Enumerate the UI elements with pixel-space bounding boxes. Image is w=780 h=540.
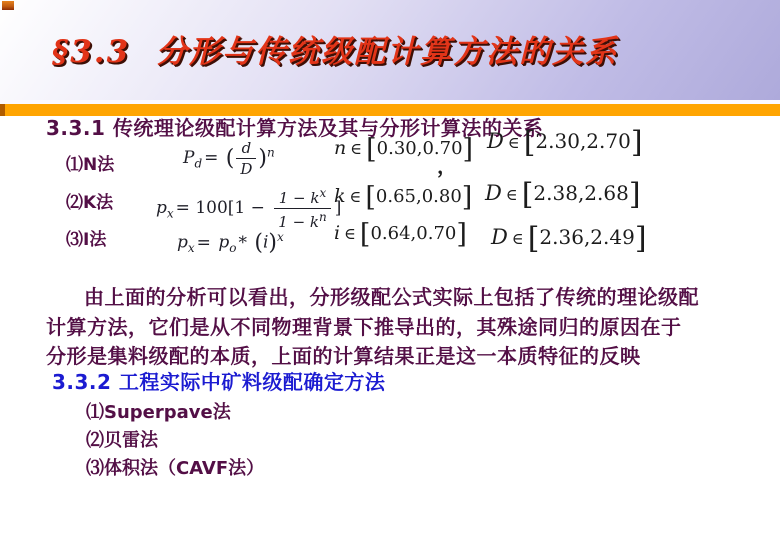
drange2-var: D [485,181,502,205]
element-of-symbol: ∈ [350,139,362,158]
formula2-den-base: 1 − k [278,213,319,231]
formula2-den-exp: n [319,210,327,224]
formula3-lparen: ( [254,231,263,256]
range1-var: n [334,137,346,159]
method-1-label: ⑴N法 [66,150,114,175]
drange3-var: D [491,225,508,249]
title-text: 分形与传统级配计算方法的关系 [156,34,618,70]
range3-rbracket: ] [456,219,467,250]
method-3-param-range: i∈[0.64,0.70] [334,221,467,248]
formula2-fraction: 1 − kx1 − kn [274,186,330,231]
formula1-fraction: dD [236,139,256,178]
element-of-symbol: ∈ [344,224,356,243]
formula1-equals: = [202,148,226,168]
range-separator-comma: ， [437,150,457,179]
drange2-rbracket: ] [629,177,641,212]
list-item-cavf: ⑶体积法（CAVF法） [86,454,264,480]
drange1-lbracket: [ [524,125,536,160]
range3-var: i [334,222,340,244]
range2-lbracket: [ [365,182,376,213]
drange3-high: 2.49 [590,225,635,249]
formula2-lhs-sub: x [167,206,174,220]
method-1-formula: Pd= (dD)n [183,139,275,178]
formula1-exponent: n [267,145,275,159]
formula2-num-exp: x [320,186,327,200]
drange1-var: D [487,129,504,153]
method-3-formula: px= po* (i)x [177,230,284,256]
element-of-symbol: ∈ [512,229,524,248]
drange3-low: 2.36 [539,225,584,249]
formula3-equals: = [195,233,219,253]
range1-lbracket: [ [366,134,377,165]
drange3-lbracket: [ [528,221,540,256]
formula3-lhs-sub: x [188,241,195,255]
formula3-lhs: p [177,233,188,253]
range2-low: 0.65 [376,186,416,207]
drange2-lbracket: [ [522,177,534,212]
slide: §3.3分形与传统级配计算方法的关系 3.3.1 传统理论级配计算方法及其与分形… [0,0,780,540]
list-item-bailey: ⑵贝雷法 [86,426,158,452]
element-of-symbol: ∈ [506,185,518,204]
analysis-paragraph-line-1: 由上面的分析可以看出，分形级配公式实际上包括了传统的理论级配 [84,281,699,310]
method-3-label: ⑶I法 [66,225,106,250]
range2-var: k [334,185,346,207]
formula2-lhs: p [156,198,167,218]
formula1-lhs-sub: d [194,156,202,170]
drange1-high: 2.70 [586,129,631,153]
drange2-low: 2.38 [533,181,578,205]
range2-high: 0.80 [422,186,462,207]
range2-rbracket: ] [462,182,473,213]
section-2-heading: 3.3.2 工程实际中矿料级配确定方法 [52,366,385,395]
slide-title: §3.3分形与传统级配计算方法的关系 [52,26,618,71]
element-of-symbol: ∈ [350,187,362,206]
method-2-param-range: k∈[0.65,0.80] [334,184,472,211]
method-2-label: ⑵K法 [66,188,113,213]
bar-left-cap [0,104,5,116]
analysis-paragraph-line-2: 计算方法，它们是从不同物理背景下推导出的，其殊途同归的原因在于 [46,311,682,340]
formula3-times: * [236,233,254,253]
formula1-numerator: d [236,139,256,159]
formula3-rhs-base: p [218,233,229,253]
formula3-exponent: x [277,230,284,244]
formula2-prefix: = 100[1 − [174,198,273,218]
method-2-formula: px= 100[1 − 1 − kx1 − kn] [156,186,343,231]
corner-accent-square [2,1,14,10]
formula2-denominator: 1 − kn [274,209,330,231]
range1-rbracket: ] [463,134,474,165]
title-section-number: §3.3 [52,34,130,70]
formula2-num-base: 1 − k [279,189,320,207]
drange1-low: 2.30 [535,129,580,153]
formula1-lparen: ( [226,146,235,171]
formula1-denominator: D [236,159,256,178]
drange3-rbracket: ] [635,221,647,256]
element-of-symbol: ∈ [508,133,520,152]
drange1-rbracket: ] [631,125,643,160]
range3-lbracket: [ [360,219,371,250]
list-item-superpave: ⑴Superpave法 [86,398,231,424]
formula1-lhs: P [183,148,194,168]
method-2-fractal-range: D∈[2.38,2.68] [485,180,641,210]
formula1-rparen: ) [258,146,267,171]
analysis-paragraph-line-3: 分形是集料级配的本质，上面的计算结果正是这一本质特征的反映 [46,340,641,369]
formula3-rparen: ) [268,231,277,256]
range3-low: 0.64 [370,223,410,244]
range1-low: 0.30 [377,138,417,159]
method-1-fractal-range: D∈[2.30,2.70] [487,128,643,158]
formula2-numerator: 1 − kx [274,186,330,209]
drange2-high: 2.68 [584,181,629,205]
method-3-fractal-range: D∈[2.36,2.49] [491,224,647,254]
range3-high: 0.70 [416,223,456,244]
header-band: §3.3分形与传统级配计算方法的关系 [0,0,780,100]
